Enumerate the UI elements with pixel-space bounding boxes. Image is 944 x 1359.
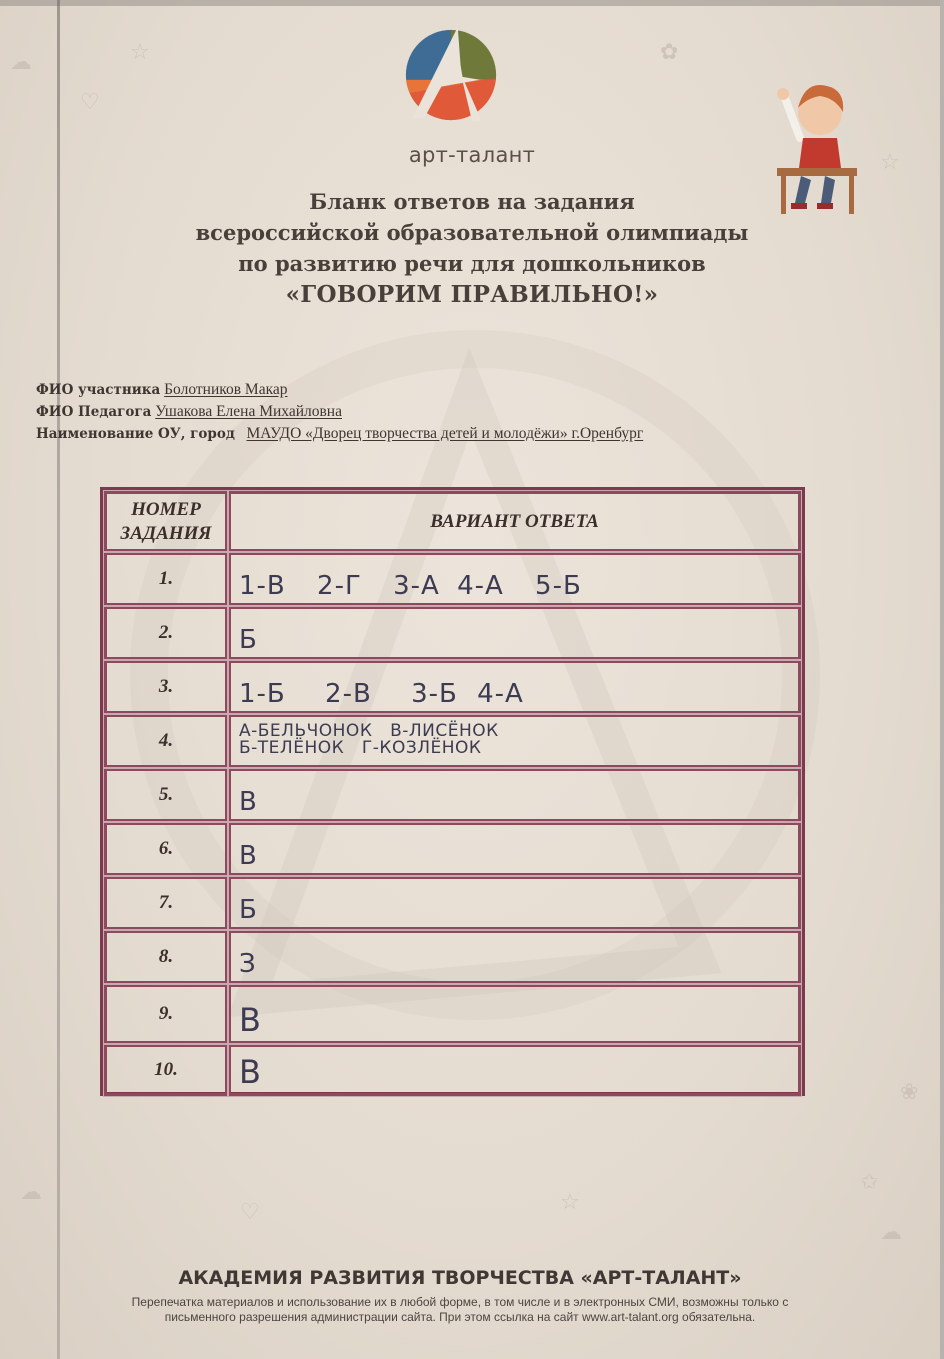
title-line: всероссийской образовательной олимпиады (0, 217, 944, 248)
participant-row: ФИО участника Болотников Макар (36, 379, 643, 401)
olympiad-name: «ГОВОРИМ ПРАВИЛЬНО!» (0, 279, 944, 310)
answer-item: Б (239, 895, 258, 925)
footer-note-line: письменного разрешения администрации сай… (60, 1310, 860, 1325)
task-number: 6. (104, 822, 228, 876)
table-row: 3. 1-Б 2-В 3-Б 4-А (104, 660, 801, 714)
header-answer: ВАРИАНТ ОТВЕТА (228, 491, 801, 552)
form-title: Бланк ответов на задания всероссийской о… (0, 186, 944, 310)
teacher-name: Ушакова Елена Михайловна (155, 403, 342, 420)
task-number: 7. (104, 876, 228, 930)
participant-info: ФИО участника Болотников Макар ФИО Педаг… (36, 379, 643, 445)
table-row: 5. В (104, 768, 801, 822)
answer-item: 4-А (457, 571, 504, 601)
table-header-row: НОМЕР ЗАДАНИЯ ВАРИАНТ ОТВЕТА (104, 491, 801, 552)
answer-line: Б-ТЕЛЁНОК Г-КОЗЛЁНОК (239, 740, 798, 757)
organization-name: МАУДО «Дворец творчества детей и молодёж… (247, 425, 644, 442)
header-text: НОМЕР (107, 498, 225, 522)
answer-item: 3-Б (411, 679, 458, 709)
task-number: 8. (104, 930, 228, 984)
answer-cell: Б (228, 876, 801, 930)
answer-item: 2-Г (317, 571, 362, 601)
table-row: 8. З (104, 930, 801, 984)
table-row: 7. Б (104, 876, 801, 930)
task-number: 10. (104, 1044, 228, 1096)
teacher-row: ФИО Педагога Ушакова Елена Михайловна (36, 401, 643, 423)
art-talant-logo-icon (403, 27, 499, 123)
answer-cell: А-БЕЛЬЧОНОК В-ЛИСЁНОК Б-ТЕЛЁНОК Г-КОЗЛЁН… (228, 714, 801, 768)
task-number: 3. (104, 660, 228, 714)
answer-item: Б (239, 625, 258, 655)
answer-item: 2-В (325, 679, 372, 709)
answer-cell: В (228, 1044, 801, 1096)
answer-cell: 1-В 2-Г 3-А 4-А 5-Б (228, 552, 801, 606)
footer-academy-title: АКАДЕМИЯ РАЗВИТИЯ ТВОРЧЕСТВА «АРТ-ТАЛАНТ… (0, 1267, 920, 1289)
teacher-label: ФИО Педагога (36, 404, 151, 420)
task-number: 4. (104, 714, 228, 768)
answer-item: 4-А (477, 679, 524, 709)
footer-note-line: Перепечатка материалов и использование и… (60, 1295, 860, 1310)
answers-table: НОМЕР ЗАДАНИЯ ВАРИАНТ ОТВЕТА 1. 1-В 2-Г … (100, 487, 805, 1096)
task-number: 1. (104, 552, 228, 606)
answer-cell: З (228, 930, 801, 984)
answer-cell: Б (228, 606, 801, 660)
table-row: 9. В (104, 984, 801, 1044)
answer-cell: В (228, 822, 801, 876)
answer-item: 1-Б (239, 679, 286, 709)
title-line: по развитию речи для дошкольников (0, 248, 944, 279)
task-number: 9. (104, 984, 228, 1044)
task-number: 2. (104, 606, 228, 660)
answer-cell: 1-Б 2-В 3-Б 4-А (228, 660, 801, 714)
table-row: 1. 1-В 2-Г 3-А 4-А 5-Б (104, 552, 801, 606)
task-number: 5. (104, 768, 228, 822)
participant-name: Болотников Макар (164, 381, 287, 398)
answer-item: З (239, 949, 257, 979)
header-text: ЗАДАНИЯ (107, 522, 225, 546)
answer-cell: В (228, 768, 801, 822)
table-row: 4. А-БЕЛЬЧОНОК В-ЛИСЁНОК Б-ТЕЛЁНОК Г-КОЗ… (104, 714, 801, 768)
answer-cell: В (228, 984, 801, 1044)
answer-item: 1-В (239, 571, 286, 601)
answer-item: В (239, 787, 258, 817)
organization-row: Наименование ОУ, город МАУДО «Дворец тво… (36, 423, 643, 445)
table-row: 6. В (104, 822, 801, 876)
organization-label: Наименование ОУ, город (36, 426, 235, 442)
answer-item: В (239, 1001, 262, 1039)
table-row: 2. Б (104, 606, 801, 660)
table-row: 10. В (104, 1044, 801, 1096)
answer-item: В (239, 841, 258, 871)
answer-item: В (239, 1053, 262, 1091)
header-task-number: НОМЕР ЗАДАНИЯ (104, 491, 228, 552)
footer-copyright-note: Перепечатка материалов и использование и… (60, 1295, 860, 1325)
answer-item: 3-А (393, 571, 440, 601)
answer-item: 5-Б (535, 571, 582, 601)
participant-label: ФИО участника (36, 382, 160, 398)
title-line: Бланк ответов на задания (0, 186, 944, 217)
